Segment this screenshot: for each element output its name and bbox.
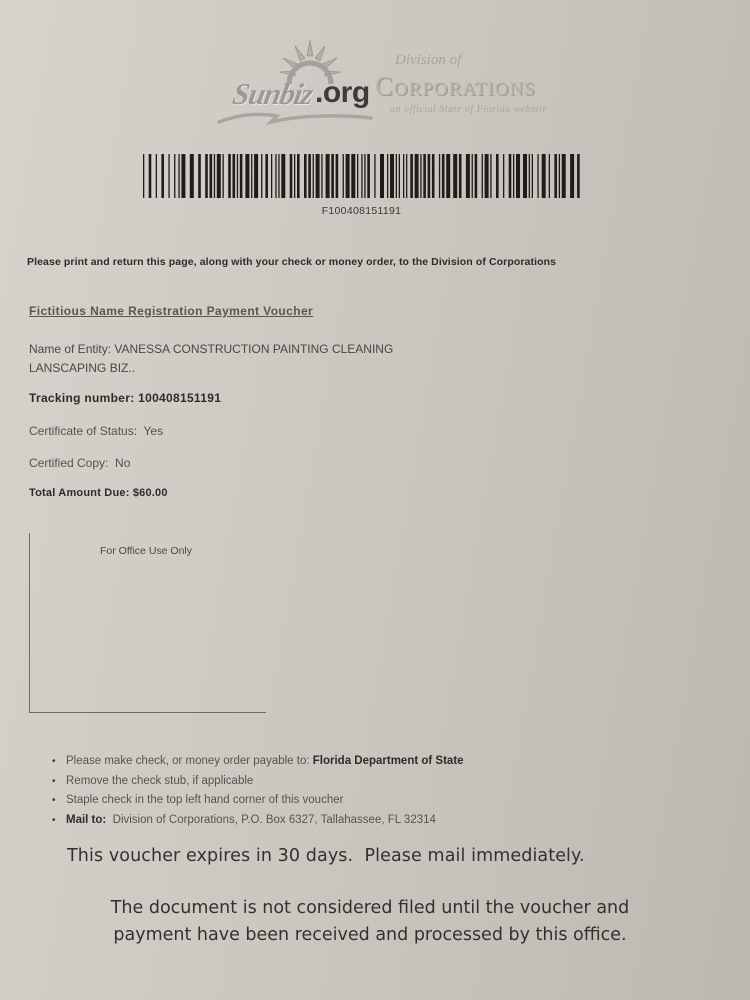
certificate-of-status: Certificate of Status: Yes xyxy=(29,424,163,438)
bullet-icon: • xyxy=(52,811,56,831)
list-item: • Remove the check stub, if applicable xyxy=(52,772,464,792)
total-value: $60.00 xyxy=(133,487,168,499)
cert-status-label: Certificate of Status: xyxy=(29,424,137,438)
cert-copy-value: No xyxy=(115,456,130,470)
tracking-value: 100408151191 xyxy=(138,391,221,405)
logo-tagline: an official State of Florida website xyxy=(390,104,547,115)
tracking-number: Tracking number: 100408151191 xyxy=(29,391,221,405)
voucher-title: Fictitious Name Registration Payment Vou… xyxy=(29,304,313,318)
office-use-box xyxy=(29,533,266,713)
sunbiz-logo: Sunbiz .org Division of Corporations an … xyxy=(215,38,575,128)
payment-instructions-list: • Please make check, or money order paya… xyxy=(52,752,464,830)
entity-label: Name of Entity: xyxy=(29,342,111,356)
entity-value-line1: VANESSA CONSTRUCTION PAINTING CLEANING xyxy=(114,342,393,356)
entity-name: Name of Entity: VANESSA CONSTRUCTION PAI… xyxy=(29,340,429,378)
cert-copy-label: Certified Copy: xyxy=(29,456,108,470)
barcode xyxy=(143,154,580,198)
tracking-label: Tracking number: xyxy=(29,391,135,405)
list-item: • Staple check in the top left hand corn… xyxy=(52,791,464,811)
bullet-icon: • xyxy=(52,791,56,811)
total-label: Total Amount Due: xyxy=(29,487,130,499)
certified-copy: Certified Copy: No xyxy=(29,456,130,470)
expiration-notice: This voucher expires in 30 days. Please … xyxy=(67,846,585,866)
office-use-label: For Office Use Only xyxy=(100,545,192,557)
entity-value-line2: LANSCAPING BIZ.. xyxy=(29,361,135,375)
total-amount-due: Total Amount Due: $60.00 xyxy=(29,487,168,499)
barcode-number: F100408151191 xyxy=(143,205,580,217)
list-item: • Please make check, or money order paya… xyxy=(52,752,464,772)
bullet-icon: • xyxy=(52,752,56,772)
logo-corporations-text: Corporations xyxy=(375,71,536,102)
swoosh-icon xyxy=(215,106,375,126)
filing-notice: The document is not considered filed unt… xyxy=(60,895,680,949)
list-item: • Mail to: Division of Corporations, P.O… xyxy=(52,811,464,831)
logo-division-text: Division of xyxy=(395,52,461,69)
bullet-icon: • xyxy=(52,772,56,792)
cert-status-value: Yes xyxy=(144,424,164,438)
return-instruction: Please print and return this page, along… xyxy=(27,256,556,268)
logo-org-text: .org xyxy=(315,76,370,110)
